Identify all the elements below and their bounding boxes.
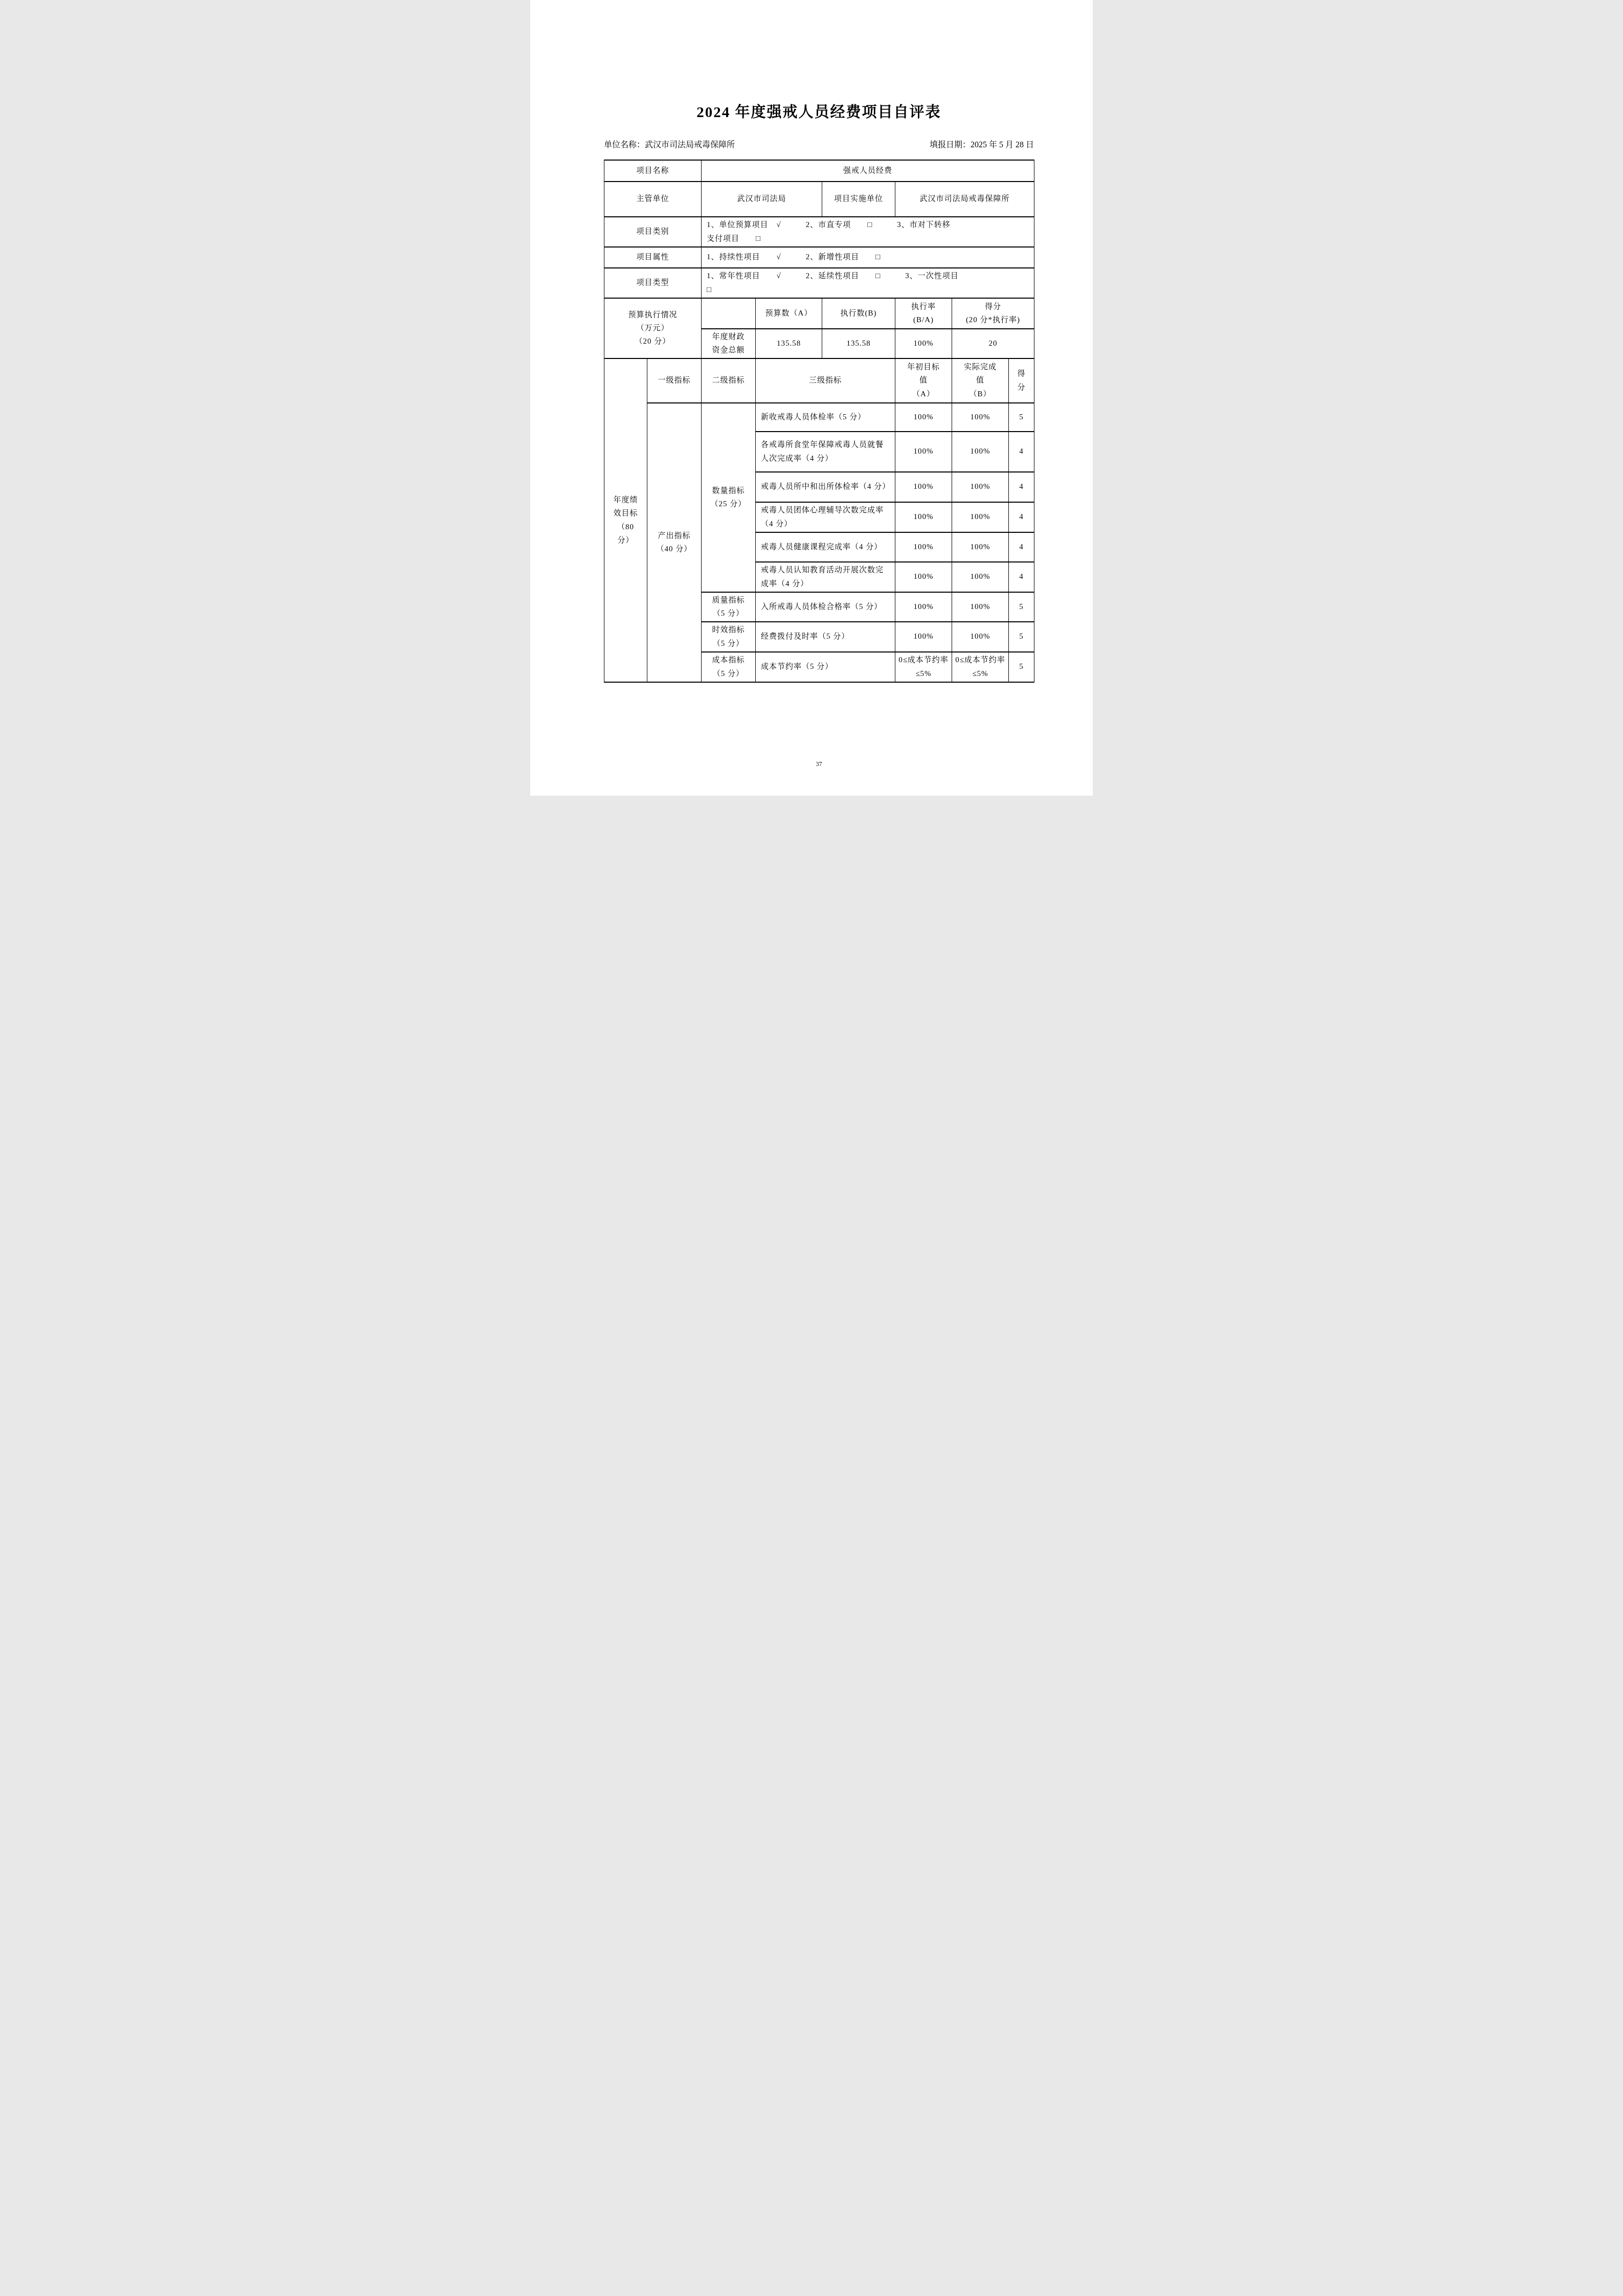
indicator-text: 戒毒人员所中和出所体检率（4 分） <box>756 472 895 503</box>
level1-label-output: 产出指标 （40 分） <box>647 403 702 683</box>
text-line: 资金总额 <box>712 344 745 357</box>
text-line: 得 <box>1017 367 1025 380</box>
text-line: （80 <box>617 521 634 534</box>
score-value: 5 <box>1009 622 1034 652</box>
actual-value: 100% <box>952 432 1009 472</box>
type-options: 1、常年性项目 √ 2、延续性项目 □ 3、一次性项目 □ <box>702 268 1034 299</box>
target-value: 100% <box>895 403 952 432</box>
text-line: 成本指标 <box>712 654 745 667</box>
text-line: （5 分） <box>713 637 744 650</box>
document-content: 2024 年度强戒人员经费项目自评表 单位名称：武汉市司法局戒毒保障所 填报日期… <box>604 0 1034 768</box>
text-line: （25 分） <box>711 498 747 511</box>
text-line: （万元） <box>636 322 669 335</box>
supervisor-value: 武汉市司法局 <box>702 182 822 217</box>
text-line: 执行率 <box>911 300 936 313</box>
indicator-text: 戒毒人员健康课程完成率（4 分） <box>756 533 895 562</box>
indicator-text: 入所戒毒人员体检合格率（5 分） <box>756 593 895 622</box>
text-line: （20 分） <box>635 335 671 348</box>
indicator-text: 新收戒毒人员体检率（5 分） <box>756 403 895 432</box>
actual-value: 100% <box>952 403 1009 432</box>
text-line: □ <box>707 283 712 297</box>
implement-unit-label: 项目实施单位 <box>822 182 895 217</box>
text-line: 值 <box>919 374 928 387</box>
meta-row: 单位名称：武汉市司法局戒毒保障所 填报日期：2025 年 5 月 28 日 <box>604 138 1034 150</box>
supervisor-label: 主管单位 <box>604 182 702 217</box>
text-line: （5 分） <box>713 667 744 681</box>
attribute-options: 1、持续性项目 √ 2、新增性项目 □ <box>702 247 1034 268</box>
page-title: 2024 年度强戒人员经费项目自评表 <box>604 103 1034 122</box>
text-line: 支付项目 □ <box>707 232 761 245</box>
target-value: 100% <box>895 503 952 533</box>
indicator-text: 各戒毒所食堂年保障戒毒人员就餐人次完成率（4 分） <box>756 432 895 472</box>
text-line: 年度绩 <box>613 493 638 507</box>
text-line: 时效指标 <box>712 623 745 637</box>
header-level3: 三级指标 <box>756 359 895 403</box>
performance-section-label: 年度绩 效目标 （80 分） <box>604 359 647 683</box>
text-line: （5 分） <box>713 607 744 620</box>
level2-label-timeliness: 时效指标 （5 分） <box>702 622 756 652</box>
text-line: 分 <box>1017 381 1025 394</box>
score-value: 4 <box>1009 432 1034 472</box>
header-actual: 实际完成 值 （B） <box>952 359 1009 403</box>
text-line: 1、持续性项目 √ 2、新增性项目 □ <box>707 251 881 264</box>
text-line: (20 分*执行率) <box>966 313 1020 327</box>
indicator-text: 戒毒人员团体心理辅导次数完成率（4 分） <box>756 503 895 533</box>
budget-value-rate: 100% <box>895 329 952 359</box>
level2-label-cost: 成本指标 （5 分） <box>702 652 756 683</box>
actual-value: 100% <box>952 622 1009 652</box>
budget-value-executed: 135.58 <box>822 329 895 359</box>
score-value: 4 <box>1009 472 1034 503</box>
score-value: 4 <box>1009 533 1034 562</box>
target-value: 100% <box>895 432 952 472</box>
header-level1: 一级指标 <box>647 359 702 403</box>
text-line: 值 <box>976 374 984 387</box>
text-line: （B） <box>969 388 991 401</box>
header-level2: 二级指标 <box>702 359 756 403</box>
budget-header-executed: 执行数(B) <box>822 299 895 329</box>
target-value: 100% <box>895 472 952 503</box>
score-value: 4 <box>1009 503 1034 533</box>
budget-value-planned: 135.58 <box>756 329 822 359</box>
text-line: 年初目标 <box>907 361 940 374</box>
category-label: 项目类别 <box>604 217 702 247</box>
text-line: 效目标 <box>613 507 638 520</box>
budget-header-rate: 执行率 (B/A) <box>895 299 952 329</box>
budget-empty-cell <box>702 299 756 329</box>
budget-section-label: 预算执行情况 （万元） （20 分） <box>604 299 702 359</box>
text-line: 实际完成 <box>964 361 997 374</box>
indicator-text: 戒毒人员认知教育活动开展次数完成率（4 分） <box>756 562 895 593</box>
text-line: 1、单位预算项目 √ 2、市直专项 □ 3、市对下转移 <box>707 218 951 232</box>
actual-value: 0≤成本节约率≤5% <box>952 652 1009 683</box>
indicator-text: 经费拨付及时率（5 分） <box>756 622 895 652</box>
text-line: 预算执行情况 <box>628 308 677 322</box>
text-line: (B/A) <box>913 313 934 327</box>
budget-header-score: 得分 (20 分*执行率) <box>952 299 1034 329</box>
target-value: 100% <box>895 562 952 593</box>
project-name-label: 项目名称 <box>604 161 702 182</box>
actual-value: 100% <box>952 533 1009 562</box>
actual-value: 100% <box>952 503 1009 533</box>
level2-label-quantity: 数量指标 （25 分） <box>702 403 756 593</box>
budget-header-planned: 预算数（A） <box>756 299 822 329</box>
performance-table: 年度绩 效目标 （80 分） 一级指标 二级指标 三级指标 年初目标 值 （A）… <box>604 359 1034 683</box>
score-value: 5 <box>1009 593 1034 622</box>
report-date: 填报日期：2025 年 5 月 28 日 <box>930 138 1034 150</box>
text-line: 年度财政 <box>712 330 745 344</box>
actual-value: 100% <box>952 562 1009 593</box>
target-value: 0≤成本节约率≤5% <box>895 652 952 683</box>
text-line: （40 分） <box>657 543 692 556</box>
implement-unit-value: 武汉市司法局戒毒保障所 <box>895 182 1034 217</box>
indicator-text: 成本节约率（5 分） <box>756 652 895 683</box>
budget-value-score: 20 <box>952 329 1034 359</box>
project-info-table: 项目名称 强戒人员经费 主管单位 武汉市司法局 项目实施单位 武汉市司法局戒毒保… <box>604 160 1034 359</box>
header-target: 年初目标 值 （A） <box>895 359 952 403</box>
text-line: 产出指标 <box>658 529 690 543</box>
unit-name: 单位名称：武汉市司法局戒毒保障所 <box>604 138 735 150</box>
text-line: 数量指标 <box>712 484 745 498</box>
budget-row-label: 年度财政 资金总额 <box>702 329 756 359</box>
actual-value: 100% <box>952 593 1009 622</box>
text-line: 质量指标 <box>712 594 745 607</box>
page-number: 37 <box>604 760 1034 768</box>
document-page: 2024 年度强戒人员经费项目自评表 单位名称：武汉市司法局戒毒保障所 填报日期… <box>530 0 1093 796</box>
project-name-value: 强戒人员经费 <box>702 161 1034 182</box>
text-line: 得分 <box>985 300 1001 313</box>
score-value: 5 <box>1009 652 1034 683</box>
text-line: 分） <box>617 534 634 547</box>
actual-value: 100% <box>952 472 1009 503</box>
attribute-label: 项目属性 <box>604 247 702 268</box>
category-options: 1、单位预算项目 √ 2、市直专项 □ 3、市对下转移 支付项目 □ <box>702 217 1034 247</box>
target-value: 100% <box>895 593 952 622</box>
type-label: 项目类型 <box>604 268 702 299</box>
level2-label-quality: 质量指标 （5 分） <box>702 593 756 622</box>
target-value: 100% <box>895 622 952 652</box>
score-value: 4 <box>1009 562 1034 593</box>
header-score: 得 分 <box>1009 359 1034 403</box>
target-value: 100% <box>895 533 952 562</box>
text-line: （A） <box>912 388 935 401</box>
text-line: 1、常年性项目 √ 2、延续性项目 □ 3、一次性项目 <box>707 269 959 283</box>
score-value: 5 <box>1009 403 1034 432</box>
